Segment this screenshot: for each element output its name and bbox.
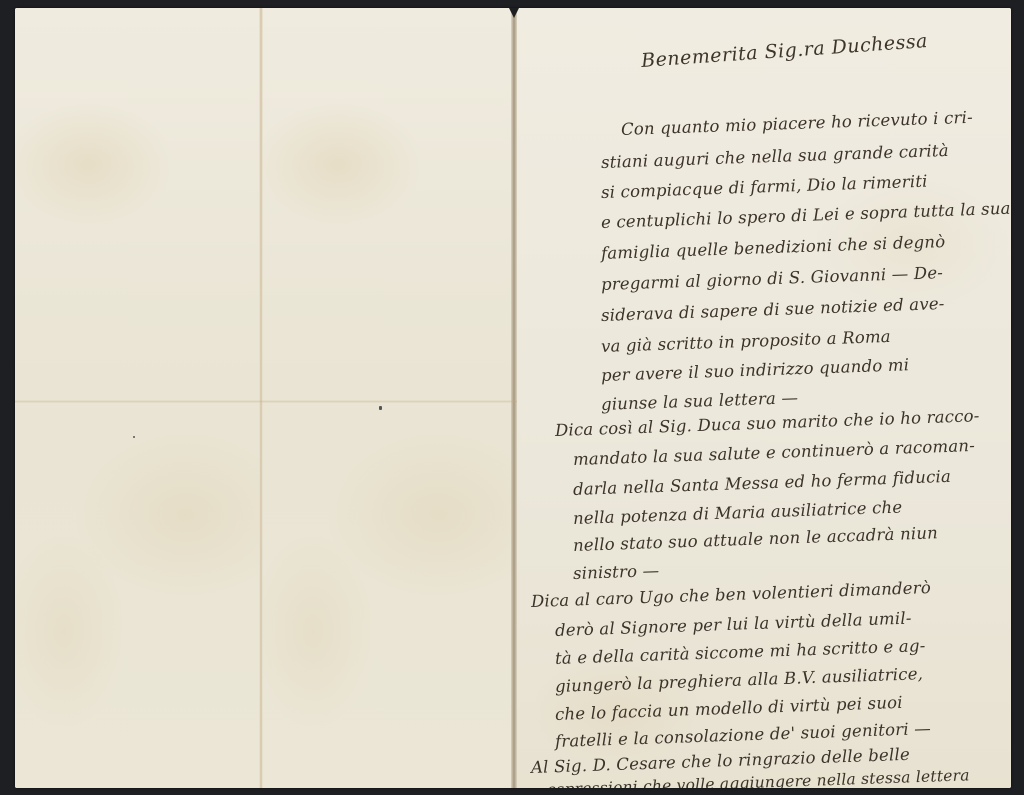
letter-text: Benemerita Sig.ra Duchessa Con quanto mi… (517, 8, 1011, 788)
letter-line: darla nella Santa Messa ed ho ferma fidu… (573, 467, 952, 499)
fold-crease-left (259, 8, 263, 788)
letter-line: mandato la sua salute e continuerò a rac… (573, 436, 976, 469)
blank-panel-middle (263, 8, 513, 788)
letter-line: derò al Signore per lui la virtù della u… (555, 609, 912, 640)
letter-line: va già scritto in proposito a Roma (601, 327, 891, 356)
ink-speck (133, 436, 135, 438)
blank-panel-left (15, 8, 259, 788)
paper-notch (509, 8, 519, 18)
letter-line: giunse la sua lettera — (601, 388, 799, 414)
letter-line: siderava di sapere di sue notizie ed ave… (601, 294, 945, 325)
letter-line: nella potenza di Maria ausiliatrice che (573, 498, 903, 528)
letter-line: nello stato suo attuale non le accadrà n… (573, 523, 939, 555)
letter-line: si compiacque di farmi, Dio la rimeriti (601, 172, 928, 202)
letter-line: sinistro — (573, 561, 660, 583)
letter-line: stiani auguri che nella sua grande carit… (601, 141, 949, 172)
written-panel: Benemerita Sig.ra Duchessa Con quanto mi… (517, 8, 1011, 788)
letter-line: per avere il suo indirizzo quando mi (601, 355, 910, 385)
letter-line: e centuplichi lo spero di Lei e sopra tu… (601, 199, 1011, 232)
letter-line: giungerò la preghiera alla B.V. ausiliat… (555, 664, 924, 696)
letter-line: Dica al caro Ugo che ben volentieri dima… (531, 578, 932, 611)
letter-line: che lo faccia un modello di virtù pei su… (555, 693, 903, 724)
letter-line: Con quanto mio piacere ho ricevuto i cri… (621, 108, 973, 139)
letter-sheet: Benemerita Sig.ra Duchessa Con quanto mi… (15, 8, 1011, 788)
letter-line: tà e della carità siccome mi ha scritto … (555, 636, 926, 668)
ink-speck (379, 406, 382, 410)
letter-line: famiglia quelle benedizioni che si degnò (601, 232, 946, 263)
letter-line: pregarmi al giorno di S. Giovanni — De- (601, 263, 944, 294)
salutation: Benemerita Sig.ra Duchessa (640, 30, 928, 72)
